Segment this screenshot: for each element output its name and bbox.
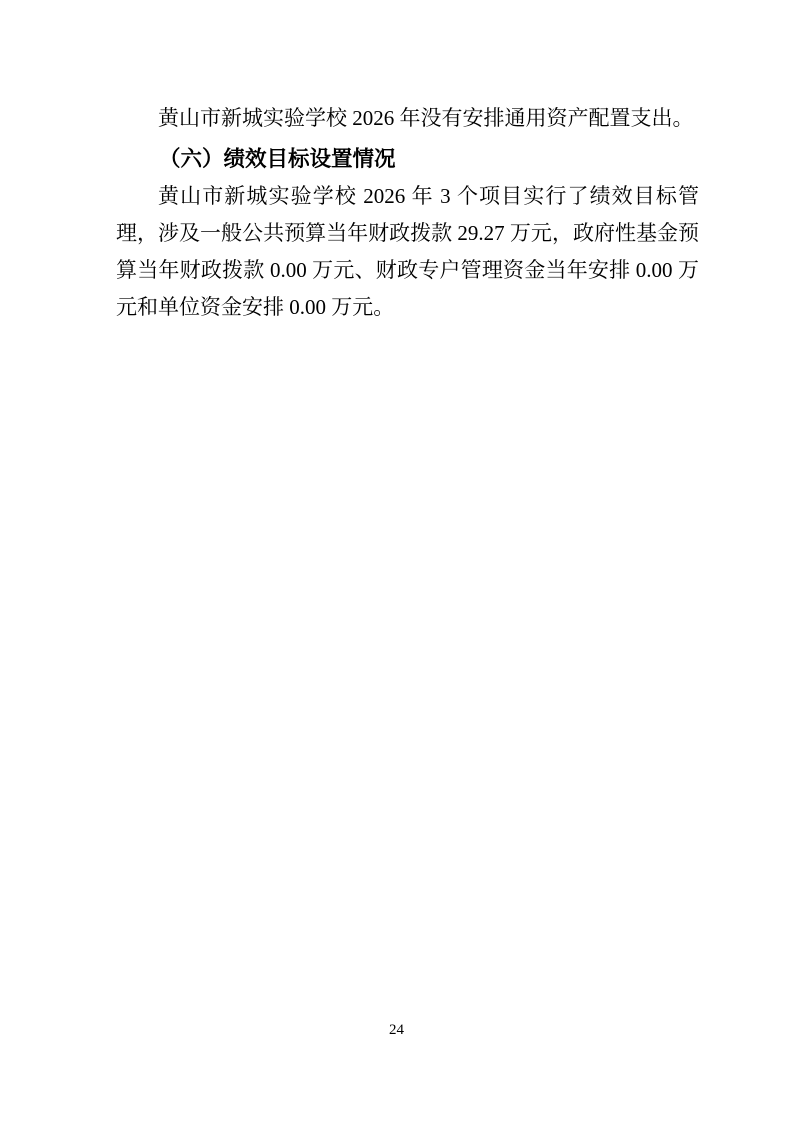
document-page: 黄山市新城实验学校 2026 年没有安排通用资产配置支出。 （六）绩效目标设置情… <box>0 0 793 1122</box>
document-content: 黄山市新城实验学校 2026 年没有安排通用资产配置支出。 （六）绩效目标设置情… <box>116 100 699 326</box>
paragraph-performance-targets: 黄山市新城实验学校 2026 年 3 个项目实行了绩效目标管理，涉及一般公共预算… <box>116 178 699 326</box>
page-number: 24 <box>0 1020 793 1040</box>
section-heading-performance-targets: （六）绩效目标设置情况 <box>116 140 699 178</box>
paragraph-asset-allocation: 黄山市新城实验学校 2026 年没有安排通用资产配置支出。 <box>116 100 699 137</box>
